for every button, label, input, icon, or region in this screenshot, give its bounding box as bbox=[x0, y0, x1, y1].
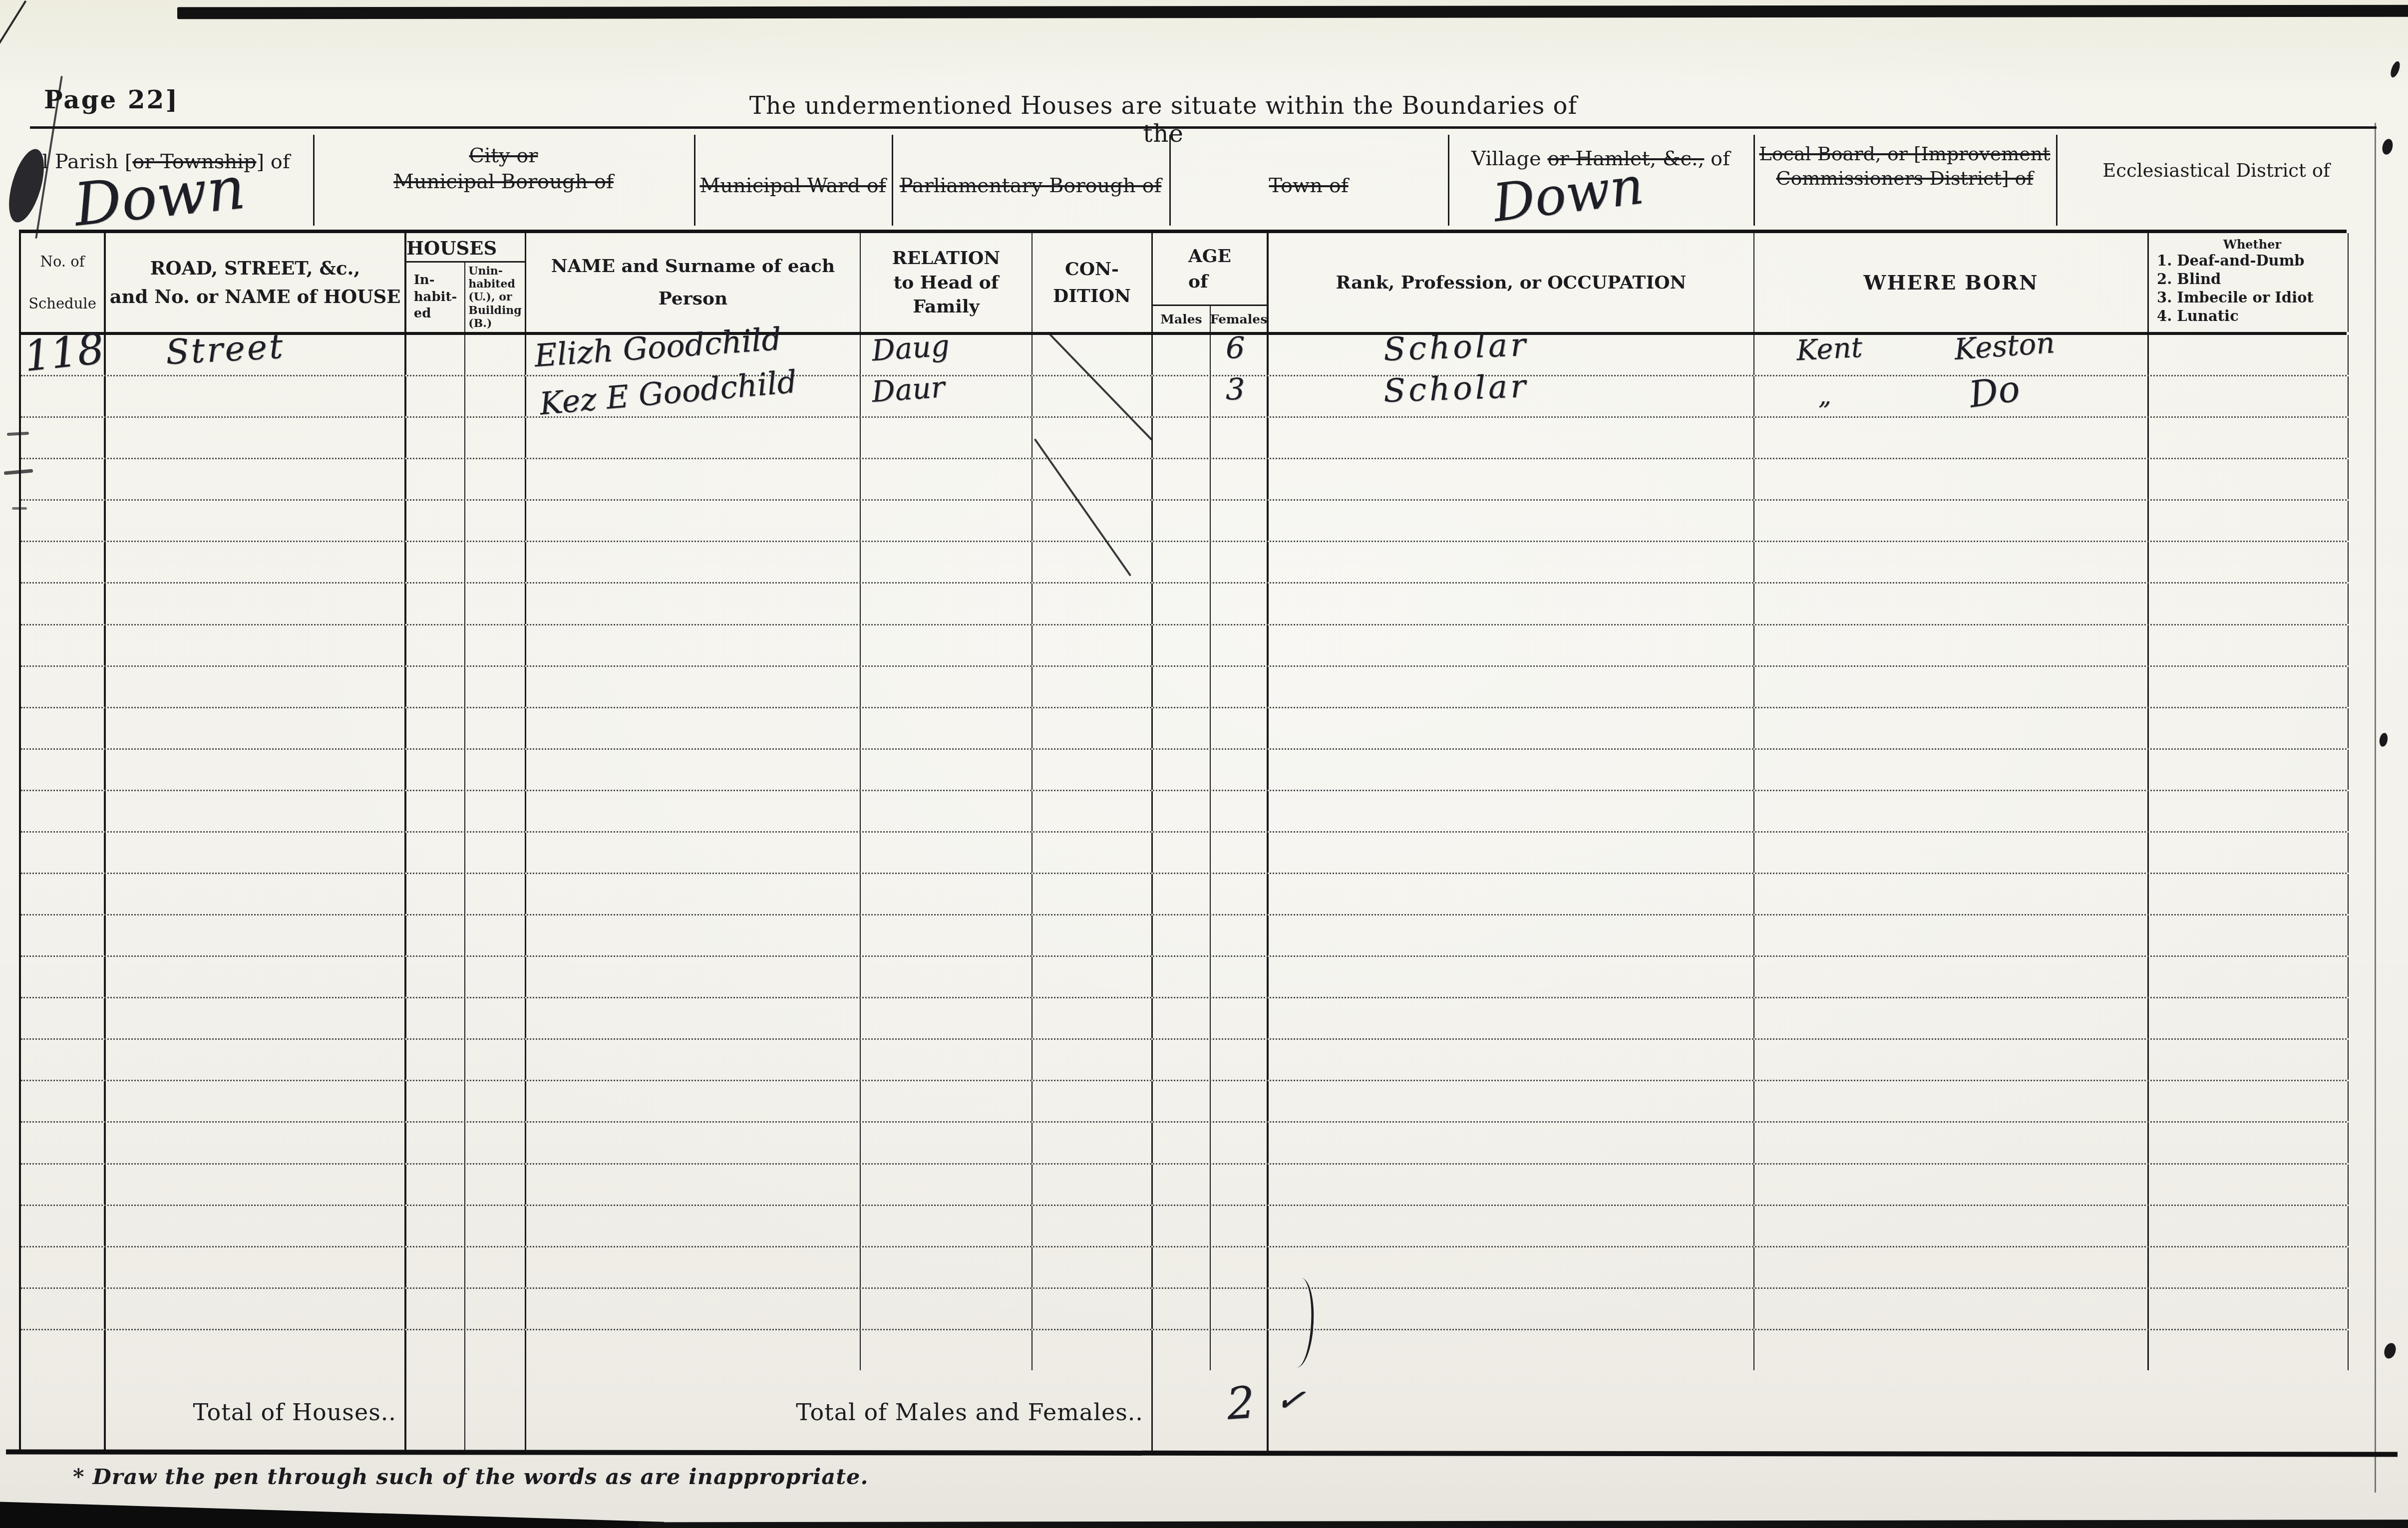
body-cell bbox=[1153, 1247, 1211, 1287]
body-cell bbox=[526, 1247, 861, 1287]
body-cell bbox=[1211, 501, 1269, 541]
cell-age-female: 3 bbox=[1211, 376, 1269, 416]
body-cell bbox=[1269, 625, 1754, 665]
totals-cell-uninhabited bbox=[465, 1370, 526, 1454]
body-cell bbox=[1211, 459, 1269, 499]
body-cell bbox=[106, 833, 406, 873]
body-cell bbox=[1153, 1165, 1211, 1205]
body-cell bbox=[465, 750, 526, 790]
body-cell bbox=[406, 916, 465, 955]
body-cell bbox=[1032, 708, 1153, 748]
table-row-empty bbox=[21, 1081, 2347, 1123]
body-cell bbox=[1153, 667, 1211, 707]
body-cell bbox=[21, 1165, 106, 1205]
table-row-empty bbox=[21, 916, 2347, 957]
cell-condition bbox=[1032, 376, 1153, 416]
table-row-empty bbox=[21, 708, 2347, 750]
body-cell bbox=[1211, 625, 1269, 665]
body-cell bbox=[21, 957, 106, 997]
body-cell bbox=[406, 1289, 465, 1329]
body-cell bbox=[1153, 998, 1211, 1038]
body-cell bbox=[406, 418, 465, 458]
body-cell bbox=[1032, 1206, 1153, 1246]
body-cell bbox=[406, 584, 465, 623]
entry-born-place: Keston bbox=[1953, 325, 2056, 366]
body-cell bbox=[1032, 750, 1153, 790]
district-field-municipal-ward: Municipal Ward of bbox=[694, 131, 892, 230]
body-cell bbox=[1211, 1081, 1269, 1121]
binding-hole bbox=[2383, 1341, 2398, 1360]
cell-occupation: Scholar bbox=[1269, 376, 1754, 416]
district-field-ecclesiastical: Ecclesiastical District of bbox=[2056, 131, 2377, 230]
body-cell bbox=[465, 957, 526, 997]
body-cell bbox=[1269, 957, 1754, 997]
body-cell bbox=[1269, 1289, 1754, 1329]
table-row-empty bbox=[21, 1165, 2347, 1206]
district-field-label: City orMunicipal Borough of bbox=[313, 131, 694, 195]
body-cell bbox=[406, 459, 465, 499]
body-cell bbox=[465, 791, 526, 831]
body-cell bbox=[465, 1289, 526, 1329]
body-cell bbox=[1754, 833, 2149, 873]
body-cell bbox=[861, 501, 1032, 541]
cell-age-male bbox=[1153, 376, 1211, 416]
district-field-local-board: Local Board, or [ImprovementCommissioner… bbox=[1753, 131, 2056, 230]
body-cell bbox=[861, 791, 1032, 831]
body-cell bbox=[526, 584, 861, 623]
body-cell bbox=[861, 667, 1032, 707]
body-cell bbox=[2149, 625, 2349, 665]
table-row-empty bbox=[21, 874, 2347, 916]
body-cell bbox=[2149, 1330, 2349, 1370]
entry-occupation: Scholar bbox=[1383, 368, 1529, 410]
body-cell bbox=[1032, 1165, 1153, 1205]
body-cell bbox=[406, 1165, 465, 1205]
body-cell bbox=[1153, 459, 1211, 499]
body-cell bbox=[861, 584, 1032, 623]
body-cell bbox=[861, 542, 1032, 582]
body-cell bbox=[106, 418, 406, 458]
body-cell bbox=[1032, 1330, 1153, 1370]
body-cell bbox=[465, 459, 526, 499]
body-cell bbox=[1754, 998, 2149, 1038]
cell-uninhabited bbox=[465, 335, 526, 375]
body-cell bbox=[1211, 1330, 1269, 1370]
body-cell bbox=[406, 1040, 465, 1080]
body-cell bbox=[1211, 667, 1269, 707]
scan-bottom-left-shadow bbox=[0, 1498, 664, 1528]
column-header-inhabited: In- habit- ed bbox=[406, 263, 465, 332]
body-cell bbox=[1211, 916, 1269, 955]
body-cell bbox=[1754, 542, 2149, 582]
body-cell bbox=[1153, 1330, 1211, 1370]
district-field-parliamentary-borough: Parliamentary Borough of bbox=[892, 131, 1169, 230]
body-cell bbox=[465, 1123, 526, 1163]
body-cell bbox=[465, 916, 526, 955]
totals-cell-houses-label: Total of Houses.. bbox=[106, 1370, 406, 1454]
body-cell bbox=[406, 874, 465, 914]
body-cell bbox=[106, 1247, 406, 1287]
column-group-houses: HOUSES In- habit- ed Unin- habited (U.),… bbox=[406, 233, 526, 332]
cell-relation: Daug bbox=[861, 335, 1032, 375]
binding-hole bbox=[2379, 732, 2389, 747]
body-cell bbox=[465, 542, 526, 582]
body-cell bbox=[106, 1289, 406, 1329]
totals-cell-where-born bbox=[1754, 1370, 2149, 1454]
body-cell bbox=[1269, 708, 1754, 748]
body-cell bbox=[106, 1081, 406, 1121]
district-field-parish: l Parish [or Township] of Down bbox=[19, 131, 313, 230]
table-row-empty bbox=[21, 833, 2347, 874]
district-field-label: Parliamentary Borough of bbox=[892, 131, 1169, 199]
body-cell bbox=[526, 1330, 861, 1370]
body-cell bbox=[1269, 1206, 1754, 1246]
column-header-road: ROAD, STREET, &c., and No. or NAME of HO… bbox=[106, 233, 406, 332]
body-cell bbox=[1211, 708, 1269, 748]
cell-schedule: 118 bbox=[21, 335, 106, 375]
body-cell bbox=[1754, 1123, 2149, 1163]
body-cell bbox=[2149, 1123, 2349, 1163]
entry-age-female: 6 bbox=[1226, 331, 1245, 366]
body-cell bbox=[1754, 625, 2149, 665]
cell-inhabited bbox=[406, 376, 465, 416]
body-cell bbox=[1754, 418, 2149, 458]
table-row-empty bbox=[21, 1289, 2347, 1330]
body-cell bbox=[1754, 1247, 2149, 1287]
body-cell bbox=[1153, 708, 1211, 748]
body-cell bbox=[1032, 625, 1153, 665]
body-cell bbox=[1269, 1330, 1754, 1370]
body-cell bbox=[1754, 750, 2149, 790]
table-row-empty bbox=[21, 1206, 2347, 1247]
table-body: 118 Street Elizh Goodchild Daug 6 Schola… bbox=[19, 335, 2347, 1370]
body-cell bbox=[2149, 998, 2349, 1038]
body-cell bbox=[1754, 584, 2149, 623]
body-cell bbox=[21, 874, 106, 914]
body-cell bbox=[1269, 418, 1754, 458]
total-of-males-females-label: Total of Males and Females.. bbox=[526, 1399, 1151, 1426]
body-cell bbox=[1269, 791, 1754, 831]
body-cell bbox=[1211, 1165, 1269, 1205]
body-cell bbox=[1269, 916, 1754, 955]
body-cell bbox=[406, 1123, 465, 1163]
district-divider bbox=[1753, 135, 1755, 226]
body-cell bbox=[21, 459, 106, 499]
district-divider bbox=[1169, 135, 1171, 226]
body-cell bbox=[526, 833, 861, 873]
body-cell bbox=[526, 750, 861, 790]
total-persons-value: 2 bbox=[1225, 1376, 1256, 1430]
column-header-relation: RELATION to Head of Family bbox=[861, 233, 1032, 332]
body-cell bbox=[1153, 750, 1211, 790]
body-cell bbox=[2149, 708, 2349, 748]
body-cell bbox=[526, 501, 861, 541]
body-cell bbox=[465, 625, 526, 665]
body-cell bbox=[861, 1040, 1032, 1080]
body-cell bbox=[1032, 667, 1153, 707]
district-divider bbox=[694, 135, 695, 226]
district-field-label: Local Board, or [ImprovementCommissioner… bbox=[1753, 131, 2056, 191]
district-header-band: l Parish [or Township] of Down City orMu… bbox=[19, 131, 2377, 230]
body-cell bbox=[861, 1247, 1032, 1287]
body-cell bbox=[526, 1206, 861, 1246]
body-cell bbox=[861, 625, 1032, 665]
body-cell bbox=[1754, 957, 2149, 997]
body-cell bbox=[1153, 874, 1211, 914]
column-header-uninhabited: Unin- habited (U.), or Building (B.) bbox=[465, 263, 525, 332]
body-cell bbox=[1153, 1289, 1211, 1329]
table-row-empty bbox=[21, 791, 2347, 833]
cell-schedule bbox=[21, 376, 106, 416]
infirmity-item: 2. Blind bbox=[2157, 270, 2221, 289]
body-cell bbox=[1032, 1247, 1153, 1287]
body-cell bbox=[526, 1123, 861, 1163]
body-cell bbox=[106, 1165, 406, 1205]
body-cell bbox=[21, 501, 106, 541]
totals-cell-infirmity bbox=[2149, 1370, 2349, 1454]
body-cell bbox=[406, 833, 465, 873]
body-cell bbox=[526, 459, 861, 499]
body-cell bbox=[21, 584, 106, 623]
body-cell bbox=[1269, 998, 1754, 1038]
body-cell bbox=[465, 998, 526, 1038]
body-cell bbox=[21, 1330, 106, 1370]
table-row-empty bbox=[21, 1247, 2347, 1289]
body-cell bbox=[861, 1206, 1032, 1246]
body-cell bbox=[406, 998, 465, 1038]
body-cell bbox=[21, 833, 106, 873]
table-row-empty bbox=[21, 957, 2347, 998]
table-row-empty bbox=[21, 418, 2347, 459]
body-cell bbox=[2149, 667, 2349, 707]
body-cell bbox=[21, 708, 106, 748]
column-header-males: Males bbox=[1153, 306, 1211, 332]
column-group-age: AGE of Males Females bbox=[1153, 233, 1269, 332]
table-row-empty bbox=[21, 584, 2347, 625]
body-cell bbox=[465, 418, 526, 458]
body-cell bbox=[526, 998, 861, 1038]
entry-schedule-number: 118 bbox=[21, 324, 106, 381]
body-cell bbox=[1153, 1081, 1211, 1121]
body-cell bbox=[465, 1040, 526, 1080]
body-cell bbox=[106, 501, 406, 541]
body-cell bbox=[1754, 459, 2149, 499]
body-cell bbox=[465, 584, 526, 623]
body-cell bbox=[1754, 1040, 2149, 1080]
body-cell bbox=[106, 750, 406, 790]
body-cell bbox=[1211, 1123, 1269, 1163]
body-cell bbox=[2149, 1165, 2349, 1205]
body-cell bbox=[526, 542, 861, 582]
body-cell bbox=[526, 1081, 861, 1121]
body-cell bbox=[861, 998, 1032, 1038]
total-of-houses-label: Total of Houses.. bbox=[106, 1399, 404, 1426]
body-cell bbox=[406, 667, 465, 707]
body-cell bbox=[1269, 1081, 1754, 1121]
body-cell bbox=[1269, 1165, 1754, 1205]
totals-cell-inhabited bbox=[406, 1370, 465, 1454]
body-cell bbox=[861, 916, 1032, 955]
body-cell bbox=[1754, 501, 2149, 541]
body-cell bbox=[526, 667, 861, 707]
district-divider bbox=[2056, 135, 2058, 226]
body-cell bbox=[1153, 542, 1211, 582]
body-cell bbox=[1211, 1247, 1269, 1287]
column-header-age: AGE of bbox=[1153, 233, 1267, 305]
district-divider bbox=[1448, 135, 1449, 226]
cell-infirmity bbox=[2149, 335, 2349, 375]
body-cell bbox=[465, 1165, 526, 1205]
body-cell bbox=[1211, 750, 1269, 790]
column-header-schedule: No. of Schedule bbox=[21, 233, 106, 332]
body-cell bbox=[2149, 750, 2349, 790]
body-cell bbox=[1269, 874, 1754, 914]
body-cell bbox=[1153, 584, 1211, 623]
body-cell bbox=[465, 1081, 526, 1121]
body-cell bbox=[406, 542, 465, 582]
body-cell bbox=[465, 708, 526, 748]
body-cell bbox=[526, 791, 861, 831]
body-cell bbox=[106, 1123, 406, 1163]
body-cell bbox=[1153, 833, 1211, 873]
body-cell bbox=[1153, 1123, 1211, 1163]
body-cell bbox=[1211, 1040, 1269, 1080]
body-cell bbox=[1211, 957, 1269, 997]
entry-born-county-ditto: „ bbox=[1818, 381, 1831, 410]
scan-bottom-edge bbox=[639, 1518, 2408, 1528]
body-cell bbox=[861, 750, 1032, 790]
entry-born-place-ditto: Do bbox=[1967, 367, 2023, 415]
body-cell bbox=[406, 1330, 465, 1370]
body-cell bbox=[2149, 1289, 2349, 1329]
body-cell bbox=[1754, 791, 2149, 831]
body-cell bbox=[1153, 625, 1211, 665]
body-cell bbox=[465, 1330, 526, 1370]
binding-hole bbox=[2381, 138, 2394, 156]
body-cell bbox=[1211, 998, 1269, 1038]
body-cell bbox=[1269, 542, 1754, 582]
body-cell bbox=[1269, 1247, 1754, 1287]
cell-age-female: 6 bbox=[1211, 335, 1269, 375]
body-cell bbox=[861, 459, 1032, 499]
body-cell bbox=[406, 957, 465, 997]
body-cell bbox=[106, 1040, 406, 1080]
totals-cell-males-females-label: Total of Males and Females.. bbox=[526, 1370, 1153, 1454]
body-cell bbox=[1211, 584, 1269, 623]
body-cell bbox=[21, 667, 106, 707]
cell-name: Elizh Goodchild bbox=[526, 335, 861, 375]
body-cell bbox=[406, 1247, 465, 1287]
body-cell bbox=[21, 1123, 106, 1163]
body-cell bbox=[465, 667, 526, 707]
district-field-village: Village or Hamlet, &c., of Down bbox=[1448, 131, 1753, 230]
header-rule bbox=[30, 126, 2377, 129]
body-cell bbox=[2149, 1206, 2349, 1246]
cell-uninhabited bbox=[465, 376, 526, 416]
column-header-houses: HOUSES bbox=[406, 233, 525, 263]
table-row-empty bbox=[21, 667, 2347, 708]
body-cell bbox=[1032, 459, 1153, 499]
body-cell bbox=[406, 1081, 465, 1121]
table-row-empty bbox=[21, 750, 2347, 791]
body-cell bbox=[861, 1123, 1032, 1163]
body-cell bbox=[1153, 501, 1211, 541]
table-header: No. of Schedule ROAD, STREET, &c., and N… bbox=[19, 230, 2347, 335]
body-cell bbox=[2149, 791, 2349, 831]
body-cell bbox=[21, 998, 106, 1038]
body-cell bbox=[1269, 1040, 1754, 1080]
scan-corner-crease bbox=[0, 0, 26, 45]
body-cell bbox=[1211, 833, 1269, 873]
cell-where-born: Kent Keston bbox=[1754, 335, 2149, 375]
body-cell bbox=[861, 833, 1032, 873]
body-cell bbox=[406, 708, 465, 748]
body-cell bbox=[1032, 584, 1153, 623]
body-cell bbox=[2149, 501, 2349, 541]
body-cell bbox=[2149, 957, 2349, 997]
body-cell bbox=[465, 1206, 526, 1246]
body-cell bbox=[1153, 957, 1211, 997]
body-cell bbox=[406, 625, 465, 665]
body-cell bbox=[1153, 418, 1211, 458]
body-cell bbox=[526, 1289, 861, 1329]
entry-road: Street bbox=[165, 327, 286, 372]
body-cell bbox=[861, 1289, 1032, 1329]
body-cell bbox=[106, 998, 406, 1038]
body-cell bbox=[21, 916, 106, 955]
infirmity-title: Whether bbox=[2157, 237, 2348, 252]
body-cell bbox=[1754, 1330, 2149, 1370]
table-row-empty bbox=[21, 998, 2347, 1040]
body-cell bbox=[1032, 998, 1153, 1038]
body-cell bbox=[1211, 1289, 1269, 1329]
body-cell bbox=[2149, 1040, 2349, 1080]
totals-cell-schedule bbox=[21, 1370, 106, 1454]
cell-road: Street bbox=[106, 335, 406, 375]
body-cell bbox=[106, 874, 406, 914]
body-cell bbox=[465, 833, 526, 873]
entry-born-county: Kent bbox=[1795, 331, 1863, 367]
body-cell bbox=[21, 418, 106, 458]
body-cell bbox=[1211, 542, 1269, 582]
district-field-town: Town of bbox=[1169, 131, 1448, 230]
body-cell bbox=[2149, 542, 2349, 582]
district-divider bbox=[892, 135, 893, 226]
body-cell bbox=[526, 874, 861, 914]
body-cell bbox=[106, 459, 406, 499]
body-cell bbox=[21, 542, 106, 582]
district-field-label: Town of bbox=[1169, 131, 1448, 199]
body-cell bbox=[106, 667, 406, 707]
body-cell bbox=[1153, 916, 1211, 955]
table-row-empty bbox=[21, 1123, 2347, 1164]
entry-relation: Daug bbox=[871, 328, 951, 368]
body-cell bbox=[526, 1040, 861, 1080]
body-cell bbox=[106, 957, 406, 997]
body-cell bbox=[1754, 708, 2149, 748]
cell-where-born: „ Do bbox=[1754, 376, 2149, 416]
table-row-empty bbox=[21, 501, 2347, 542]
entry-occupation: Scholar bbox=[1383, 326, 1529, 368]
body-cell bbox=[1211, 418, 1269, 458]
body-cell bbox=[2149, 833, 2349, 873]
body-cell bbox=[1211, 791, 1269, 831]
body-cell bbox=[106, 916, 406, 955]
body-cell bbox=[21, 1247, 106, 1287]
body-cell bbox=[1754, 1081, 2149, 1121]
body-cell bbox=[1032, 1040, 1153, 1080]
district-field-label: Ecclesiastical District of bbox=[2056, 131, 2377, 183]
